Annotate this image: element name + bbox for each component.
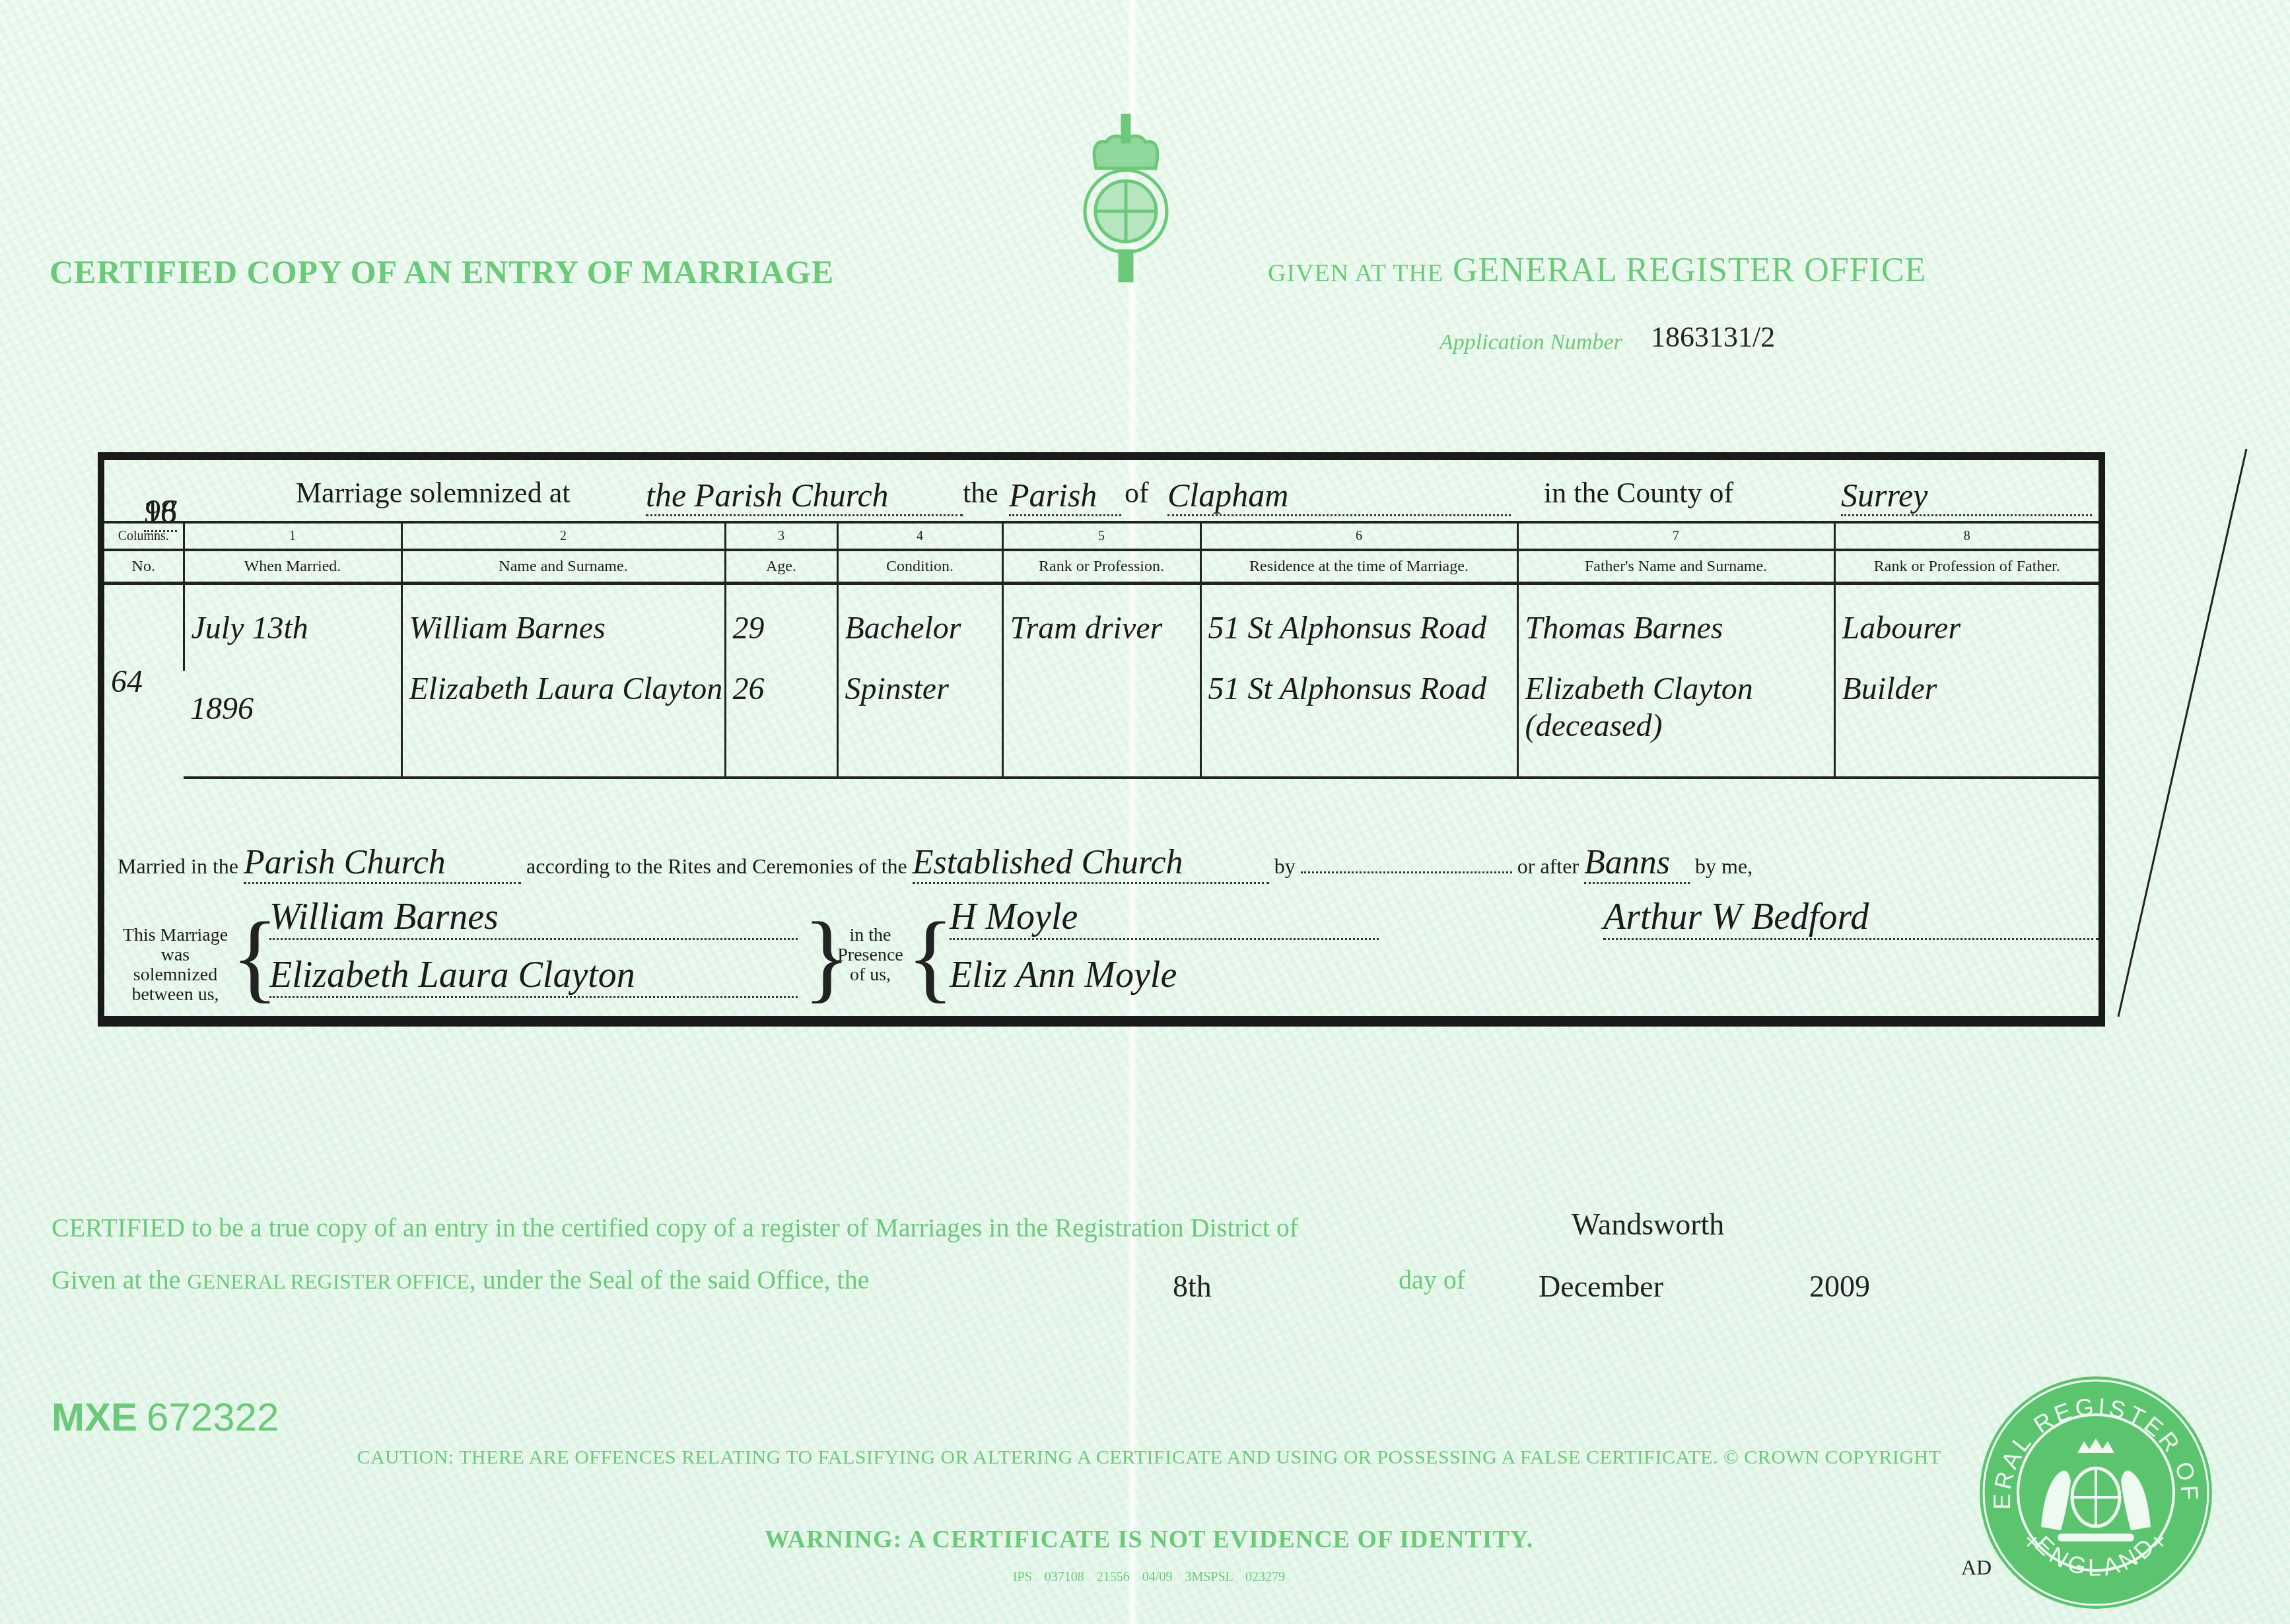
rites-written: Established Church — [913, 843, 1269, 884]
column-header: Rank or Profession of Father. — [1834, 550, 2099, 584]
the-label: the — [963, 476, 998, 510]
title-prefix: Given at the — [1268, 259, 1443, 287]
or-after-written: Banns — [1584, 843, 1690, 884]
by-me-label: by me, — [1695, 854, 1752, 878]
register-entry: 1896. Marriage solemnized at the Parish … — [98, 452, 2105, 1027]
print-code: IPS 037108 21556 04/09 3MSPSL 023279 — [357, 1570, 1941, 1585]
title-office: GENERAL REGISTER OFFICE — [1453, 252, 1926, 289]
groom-name: William Barnes — [401, 584, 725, 671]
place-written: the Parish Church — [646, 476, 963, 516]
year-printed: 1896. — [144, 476, 153, 514]
witness2-signature: Eliz Ann Moyle — [950, 954, 1177, 996]
bride-residence: 51 St Alphonsus Road — [1200, 671, 1517, 778]
application-number: 1863131/2 — [1651, 320, 1775, 354]
column-header-row: No. When Married. Name and Surname. Age.… — [104, 550, 2099, 584]
label-line: was solemnized — [118, 945, 233, 985]
married-in-written: Parish Church — [244, 843, 521, 884]
table-row: 1896 Elizabeth Laura Clayton 26 Spinster… — [104, 671, 2099, 778]
column-number: 3 — [725, 522, 837, 550]
bride-condition: Spinster — [837, 671, 1002, 778]
serial-number: 672322 — [147, 1395, 279, 1439]
table-row: 64 July 13th William Barnes 29 Bachelor … — [104, 584, 2099, 671]
given-at-office: General Register Office — [188, 1269, 469, 1293]
column-header: No. — [104, 550, 184, 584]
issuing-office-title: Given at the GENERAL REGISTER OFFICE — [1268, 251, 1926, 290]
by-written — [1301, 871, 1512, 873]
by-label: by — [1274, 854, 1296, 878]
rites-label: according to the Rites and Ceremonies of… — [526, 854, 907, 878]
serial-prefix: MXE — [52, 1395, 137, 1439]
when-married-year: 1896 — [184, 671, 401, 778]
groom-profession: Tram driver — [1002, 584, 1200, 671]
bride-father-name: Elizabeth Clayton (deceased) — [1517, 671, 1834, 778]
day-of-label: day of — [1399, 1264, 1465, 1295]
column-number: 5 — [1002, 522, 1200, 550]
solemnized-label: Marriage solemnized at — [296, 476, 570, 510]
bride-profession — [1002, 671, 1200, 778]
svg-text:✕: ✕ — [2025, 1532, 2039, 1552]
identity-warning: WARNING: A CERTIFICATE IS NOT EVIDENCE O… — [357, 1525, 1941, 1554]
issue-year: 2009 — [1809, 1269, 1870, 1304]
witness1-signature: H Moyle — [950, 896, 1379, 940]
certification-statement: CERTIFIED to be a true copy of an entry … — [52, 1212, 1298, 1243]
of-label: of — [1125, 476, 1149, 510]
column-number: 8 — [1834, 522, 2099, 550]
bride-name: Elizabeth Laura Clayton — [401, 671, 725, 778]
certificate-serial: MXE672322 — [52, 1394, 279, 1440]
general-register-office-seal-icon: GENERAL REGISTER OFFICE ENGLAND ✕ ✕ — [1978, 1375, 2213, 1610]
register-heading: 1896. Marriage solemnized at the Parish … — [104, 460, 2099, 520]
county-written: Surrey — [1841, 476, 2092, 516]
column-header: Father's Name and Surname. — [1517, 550, 1834, 584]
issue-day: 8th — [1173, 1269, 1212, 1304]
groom-condition: Bachelor — [837, 584, 1002, 671]
district-written: Clapham — [1167, 476, 1511, 516]
certificate-title: CERTIFIED COPY OF AN ENTRY OF MARRIAGE — [50, 253, 834, 291]
officiant-signature: Arthur W Bedford — [1603, 896, 2099, 940]
svg-text:✕: ✕ — [2151, 1532, 2166, 1552]
groom-signature: William Barnes — [269, 896, 798, 940]
royal-crest-icon — [1076, 112, 1175, 290]
groom-age: 29 — [725, 584, 837, 671]
label-line: in the — [834, 926, 907, 945]
groom-father-profession: Labourer — [1834, 584, 2099, 671]
groom-residence: 51 St Alphonsus Road — [1200, 584, 1517, 671]
registration-district: Wandsworth — [1572, 1207, 1724, 1242]
label-line: This Marriage — [118, 926, 233, 945]
register-table: Columns. 1 2 3 4 5 6 7 8 No. When Marrie… — [104, 521, 2099, 779]
county-label: in the County of — [1544, 476, 1733, 510]
column-header: Age. — [725, 550, 837, 584]
application-number-label: Application Number — [1440, 330, 1622, 355]
column-number: 2 — [401, 522, 725, 550]
column-header: Rank or Profession. — [1002, 550, 1200, 584]
bride-signature: Elizabeth Laura Clayton — [269, 954, 798, 998]
given-at-suffix: , under the Seal of the said Office, the — [469, 1265, 870, 1295]
caution-notice: CAUTION: THERE ARE OFFENCES RELATING TO … — [357, 1444, 1941, 1471]
or-after-label: or after — [1517, 854, 1579, 878]
when-married: July 13th — [184, 584, 401, 671]
witness-brace: { — [907, 908, 954, 1007]
column-number: 1 — [184, 522, 401, 550]
presence-label: in the Presence of us, — [834, 926, 907, 985]
column-header: Residence at the time of Marriage. — [1200, 550, 1517, 584]
label-line: of us, — [834, 965, 907, 985]
signatures-block: This Marriage was solemnized between us,… — [118, 896, 2099, 1008]
issue-month: December — [1539, 1269, 1663, 1304]
column-number: 4 — [837, 522, 1002, 550]
married-in-label: Married in the — [118, 854, 238, 878]
solemnized-between-label: This Marriage was solemnized between us, — [118, 926, 233, 1005]
columns-label: Columns. — [104, 522, 184, 550]
column-header: Condition. — [837, 550, 1002, 584]
label-line: between us, — [118, 985, 233, 1005]
groom-father-name: Thomas Barnes — [1517, 584, 1834, 671]
label-line: Presence — [834, 945, 907, 965]
given-at-statement: Given at the General Register Office, un… — [52, 1264, 870, 1295]
entry-number: 64 — [104, 584, 184, 778]
column-header: When Married. — [184, 550, 401, 584]
bride-father-profession: Builder — [1834, 671, 2099, 778]
bride-age: 26 — [725, 671, 837, 778]
column-header: Name and Surname. — [401, 550, 725, 584]
column-number-row: Columns. 1 2 3 4 5 6 7 8 — [104, 522, 2099, 550]
parish-written: Parish — [1009, 476, 1121, 516]
married-in-line: Married in the Parish Church according t… — [118, 843, 1752, 884]
given-at-prefix: Given at the — [52, 1265, 181, 1295]
column-number: 6 — [1200, 522, 1517, 550]
column-number: 7 — [1517, 522, 1834, 550]
